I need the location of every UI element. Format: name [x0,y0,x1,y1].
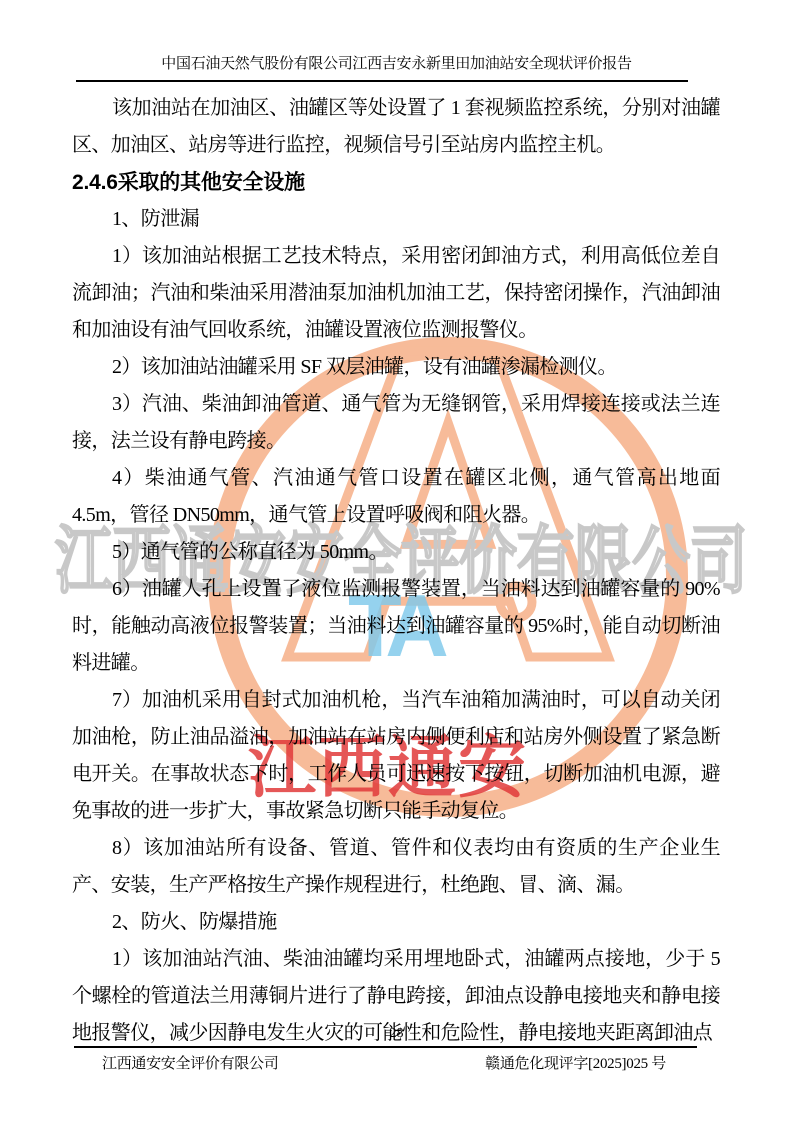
paragraph-fire-title: 2、防火、防爆措施 [72,904,720,941]
section-heading: 2.4.6采取的其他安全设施 [72,164,720,201]
footer-doc-number: 赣通危化现评字[2025]025 号 [485,1052,666,1073]
paragraph-leak-7: 7）加油机采用自封式加油机枪，当汽车油箱加满油时，可以自动关闭加油枪，防止油品溢… [72,682,720,830]
paragraph-leak-title: 1、防泄漏 [72,201,720,238]
document-page: A 江西通安安全评价有限公司 TA 江西通安 中国石油天然气股份有限公司江西吉安… [0,0,793,1122]
paragraph-leak-5: 5）通气管的公称直径为 50mm。 [72,534,720,571]
footer-company: 江西通安安全评价有限公司 [102,1052,278,1073]
paragraph-leak-1: 1）该加油站根据工艺技术特点，采用密闭卸油方式，利用高低位差自流卸油；汽油和柴油… [72,238,720,349]
paragraph-leak-2: 2）该加油站油罐采用 SF 双层油罐，设有油罐渗漏检测仪。 [72,349,720,386]
paragraph-leak-6: 6）油罐人孔上设置了液位监测报警装置，当油料达到油罐容量的 90%时，能触动高液… [72,571,720,682]
page-number: 28 [0,1026,793,1042]
paragraph-leak-8: 8）该加油站所有设备、管道、管件和仪表均由有资质的生产企业生产、安装，生产严格按… [72,830,720,904]
header-rule [76,80,688,82]
document-body: 该加油站在加油区、油罐区等处设置了 1 套视频监控系统，分别对油罐区、加油区、站… [72,90,720,1052]
paragraph-leak-4: 4）柴油通气管、汽油通气管口设置在罐区北侧，通气管高出地面 4.5m，管径 DN… [72,460,720,534]
footer-rule [74,1046,697,1048]
page-header-title: 中国石油天然气股份有限公司江西吉安永新里田加油站安全现状评价报告 [0,52,793,73]
paragraph-intro: 该加油站在加油区、油罐区等处设置了 1 套视频监控系统，分别对油罐区、加油区、站… [72,90,720,164]
paragraph-leak-3: 3）汽油、柴油卸油管道、通气管为无缝钢管，采用焊接连接或法兰连接，法兰设有静电跨… [72,386,720,460]
